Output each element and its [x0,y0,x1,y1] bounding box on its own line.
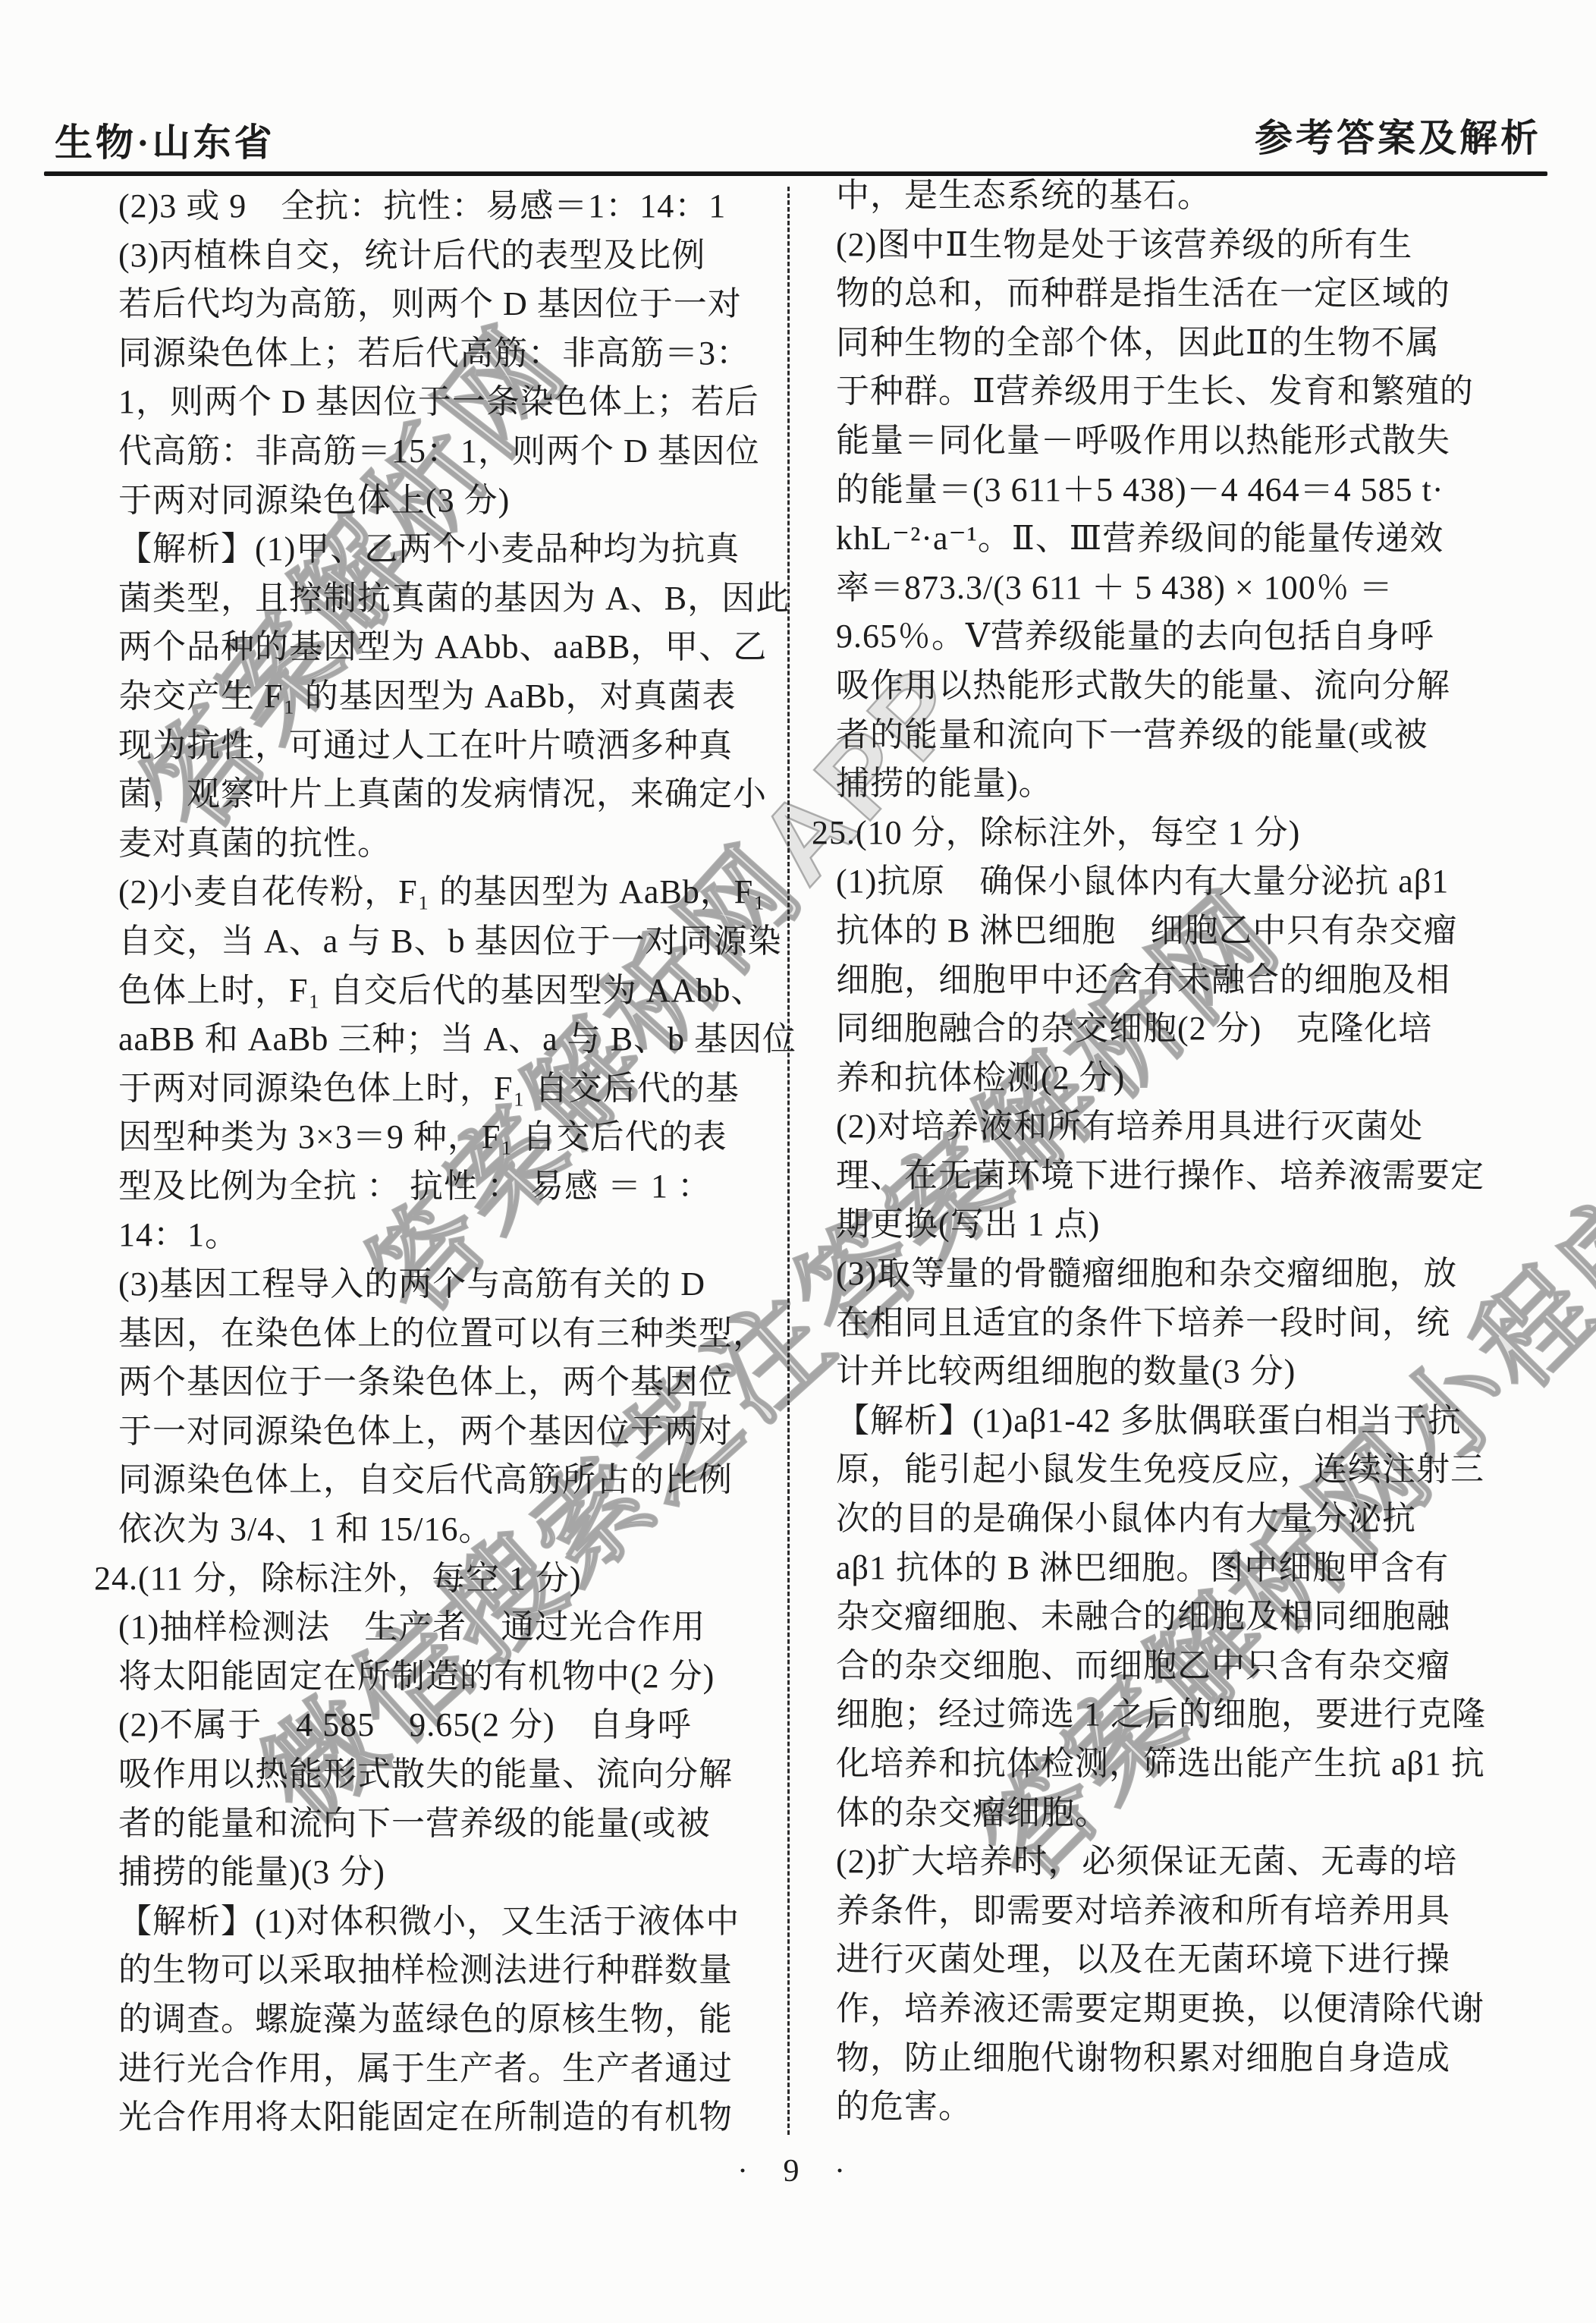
text-line: 计并比较两组细胞的数量(3 分) [836,1347,1519,1397]
text-line: (3)基因工程导入的两个与高筋有关的 D [118,1260,777,1309]
text-line: 合的杂交细胞、而细胞乙中只含有杂交瘤 [836,1642,1519,1691]
text-line: (2)3 或 9 全抗：抗性：易感＝1：14：1 [118,182,777,231]
text-line: (2)不属于 4 585 9.65(2 分) 自身呼 [118,1701,777,1750]
text-line: 捕捞的能量)。 [836,759,1519,809]
text-line: 两个品种的基因型为 AAbb、aaBB，甲、乙 [118,623,777,672]
text-line: 1，则两个 D 基因位于一条染色体上；若后 [118,378,777,427]
text-line: 进行光合作用，属于生产者。生产者通过 [118,2045,777,2094]
left-column: (2)3 或 9 全抗：抗性：易感＝1：14：1(3)丙植株自交，统计后代的表型… [118,182,777,2142]
text-line: 的能量＝(3 611＋5 438)－4 464＝4 585 t· [836,466,1519,515]
text-line: 体的杂交瘤细胞。 [836,1789,1519,1838]
text-line: 【解析】(1)对体积微小，又生活于液体中 [118,1897,777,1947]
text-line: 杂交瘤细胞、未融合的细胞及相同细胞融 [836,1592,1519,1642]
text-line: 细胞，细胞甲中还含有未融合的细胞及相 [836,956,1519,1005]
text-line: 捕捞的能量)(3 分) [118,1848,777,1897]
text-line: 的生物可以采取抽样检测法进行种群数量 [118,1946,777,1995]
text-line: 于一对同源染色体上，两个基因位于两对 [118,1407,777,1457]
text-line: 两个基因位于一条染色体上，两个基因位 [118,1358,777,1407]
text-line: khL⁻²·a⁻¹。Ⅱ、Ⅲ营养级间的能量传递效 [836,514,1519,564]
text-line: 期更换(写出 1 点) [836,1200,1519,1250]
text-line: 自交，当 A、a 与 B、b 基因位于一对同源染 [118,917,777,967]
text-line: 光合作用将太阳能固定在所制造的有机物 [118,2093,777,2142]
text-line: 化培养和抗体检测，筛选出能产生抗 aβ1 抗 [836,1740,1519,1789]
text-line: 的危害。 [836,2083,1519,2132]
text-line: 于种群。Ⅱ营养级用于生长、发育和繁殖的 [836,367,1519,417]
text-line: 率＝873.3/(3 611 ＋ 5 438) × 100％ ＝ [836,564,1519,613]
text-line: 24.(11 分，除标注外，每空 1 分) [94,1554,777,1604]
text-line: 同种生物的全部个体，因此Ⅱ的生物不属 [836,319,1519,368]
text-line: 者的能量和流向下一营养级的能量(或被 [118,1800,777,1849]
text-line: 在相同且适宜的条件下培养一段时间，统 [836,1299,1519,1348]
text-line: 菌类型，且控制抗真菌的基因为 A、B，因此 [118,574,777,624]
text-line: 菌，观察叶片上真菌的发病情况，来确定小 [118,770,777,819]
text-line: 【解析】(1)甲、乙两个小麦品种均为抗真 [118,525,777,574]
text-line: 原，能引起小鼠发生免疫反应，连续注射三 [836,1445,1519,1495]
text-line: 色体上时，F₁ 自交后代的基因型为 AAbb、 [118,967,777,1016]
page-number: · 9 · [0,2153,1596,2189]
right-column: 中，是生态系统的基石。(2)图中Ⅱ生物是处于该营养级的所有生物的总和，而种群是指… [836,171,1519,2132]
text-line: 麦对真菌的抗性。 [118,819,777,869]
text-line: 基因，在染色体上的位置可以有三种类型， [118,1309,777,1359]
text-line: aβ1 抗体的 B 淋巴细胞。图中细胞甲含有 [836,1544,1519,1593]
text-line: (2)图中Ⅱ生物是处于该营养级的所有生 [836,221,1519,270]
text-line: 9.65％。Ⅴ营养级能量的去向包括自身呼 [836,612,1519,662]
text-line: 能量＝同化量－呼吸作用以热能形式散失 [836,417,1519,466]
text-line: (3)丙植株自交，统计后代的表型及比例 [118,231,777,281]
text-line: (2)扩大培养时，必须保证无菌、无毒的培 [836,1837,1519,1887]
scanned-answer-page: 答案解析网答案解析网APP微信搜索芝注答案解析网答案解析网小程序 生物·山东省 … [0,0,1596,2323]
text-line: 同源染色体上，自交后代高筋所占的比例 [118,1456,777,1505]
text-line: 同细胞融合的杂交细胞(2 分) 克隆化培 [836,1004,1519,1054]
header-subject-title: 生物·山东省 [55,112,275,167]
text-line: 现为抗性，可通过人工在叶片喷洒多种真 [118,721,777,771]
text-line: 细胞；经过筛选 1 之后的细胞，要进行克隆 [836,1690,1519,1740]
text-line: (2)小麦自花传粉，F₁ 的基因型为 AaBb，F₁ [118,868,777,917]
text-line: 同源染色体上；若后代高筋：非高筋＝3： [118,329,777,379]
text-line: 进行灭菌处理，以及在无菌环境下进行操 [836,1935,1519,1985]
text-line: 物的总和，而种群是指生活在一定区域的 [836,269,1519,319]
text-line: 养条件，即需要对培养液和所有培养用具 [836,1887,1519,1936]
text-line: (2)对培养液和所有培养用具进行灭菌处 [836,1102,1519,1152]
text-line: 型及比例为全抗 ： 抗性 ： 易感 ＝ 1 ： [118,1162,777,1212]
text-line: 抗体的 B 淋巴细胞 细胞乙中只有杂交瘤 [836,907,1519,956]
header-answer-title: 参考答案及解析 [1255,108,1541,162]
text-line: 于两对同源染色体上时，F₁ 自交后代的基 [118,1064,777,1114]
text-line: 吸作用以热能形式散失的能量、流向分解 [836,662,1519,711]
text-line: 若后代均为高筋，则两个 D 基因位于一对 [118,280,777,329]
text-line: 养和抗体检测(2 分) [836,1054,1519,1103]
text-line: 者的能量和流向下一营养级的能量(或被 [836,711,1519,760]
text-line: 25.(10 分，除标注外，每空 1 分) [812,809,1519,858]
text-line: 因型种类为 3×3＝9 种，F₁ 自交后代的表 [118,1113,777,1162]
text-line: (1)抽样检测法 生产者 通过光合作用 [118,1603,777,1652]
text-line: 作，培养液还需要定期更换，以便清除代谢 [836,1985,1519,2034]
text-line: 物，防止细胞代谢物积累对细胞自身造成 [836,2034,1519,2083]
text-line: 14：1。 [118,1211,777,1260]
text-line: aaBB 和 AaBb 三种；当 A、a 与 B、b 基因位 [118,1015,777,1064]
text-line: 中，是生态系统的基石。 [836,171,1519,221]
text-line: (3)取等量的骨髓瘤细胞和杂交瘤细胞，放 [836,1250,1519,1299]
text-line: 吸作用以热能形式散失的能量、流向分解 [118,1750,777,1800]
text-line: 将太阳能固定在所制造的有机物中(2 分) [118,1652,777,1702]
column-divider [787,187,790,2135]
text-line: 的调查。螺旋藻为蓝绿色的原核生物，能 [118,1995,777,2045]
text-line: 于两对同源染色体上(3 分) [118,476,777,526]
text-line: (1)抗原 确保小鼠体内有大量分泌抗 aβ1 [836,857,1519,907]
text-line: 理、在无菌环境下进行操作、培养液需要定 [836,1152,1519,1201]
text-line: 次的目的是确保小鼠体内有大量分泌抗 [836,1495,1519,1544]
text-line: 【解析】(1)aβ1-42 多肽偶联蛋白相当于抗 [836,1397,1519,1446]
text-line: 杂交产生 F₁ 的基因型为 AaBb，对真菌表 [118,672,777,721]
text-line: 代高筋：非高筋＝15：1，则两个 D 基因位 [118,427,777,476]
text-line: 依次为 3/4、1 和 15/16。 [118,1505,777,1554]
